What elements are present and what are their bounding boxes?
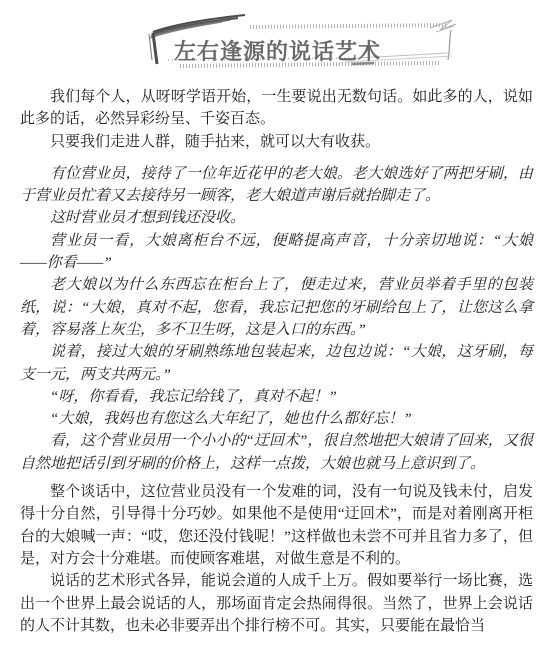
- paragraph-story-6: “呀，你看看，我忘记给钱了，真对不起！”: [20, 386, 533, 408]
- paragraph-closing: 说话的艺术形式各异，能说会道的人成千上万。假如要举行一场比赛，选出一个世界上最会…: [20, 570, 533, 637]
- paragraph-story-3: 营业员一看，大娘离柜台不远，便略提高声音，十分亲切地说：“大娘——你看——”: [20, 230, 533, 275]
- chapter-title-banner: 左右逢源的说话艺术: [0, 0, 558, 85]
- paragraph-story-5: 说着，接过大娘的牙刷熟练地包装起来，边包边说：“大娘，这牙刷，每支一元，两支共两…: [20, 341, 533, 386]
- body-text: 我们每个人，从呀呀学语开始，一生要说出无数句话。如此多的人，说如此多的话，必然异…: [20, 86, 533, 637]
- book-page: 左右逢源的说话艺术 我们每个人，从呀呀学语开始，一生要说出无数句话。如此多的人，…: [0, 0, 558, 651]
- paragraph-story-1: 有位营业员，接待了一位年近花甲的老大娘。老大娘选好了两把牙刷，由于营业员忙着又去…: [20, 163, 533, 208]
- paragraph-intro-1: 我们每个人，从呀呀学语开始，一生要说出无数句话。如此多的人，说如此多的话，必然异…: [20, 86, 533, 131]
- paragraph-comment: 整个谈话中，这位营业员没有一个发难的词，没有一句说及钱未付，启发得十分自然，引导…: [20, 481, 533, 570]
- paragraph-story-8: 看，这个营业员用一个小小的“迂回术”，很自然地把大娘请了回来，又很自然地把话引到…: [20, 430, 533, 475]
- paragraph-story-7: “大娘，我妈也有您这么大年纪了，她也什么都好忘！”: [20, 408, 533, 430]
- chapter-title: 左右逢源的说话艺术: [174, 35, 381, 66]
- paragraph-story-4: 老大娘以为什么东西忘在柜台上了，便走过来，营业员举着手里的包装纸，说：“大娘，真…: [20, 274, 533, 341]
- paragraph-story-2: 这时营业员才想到钱还没收。: [20, 207, 533, 229]
- paragraph-intro-2: 只要我们走进人群，随手拈来，就可以大有收获。: [20, 131, 533, 153]
